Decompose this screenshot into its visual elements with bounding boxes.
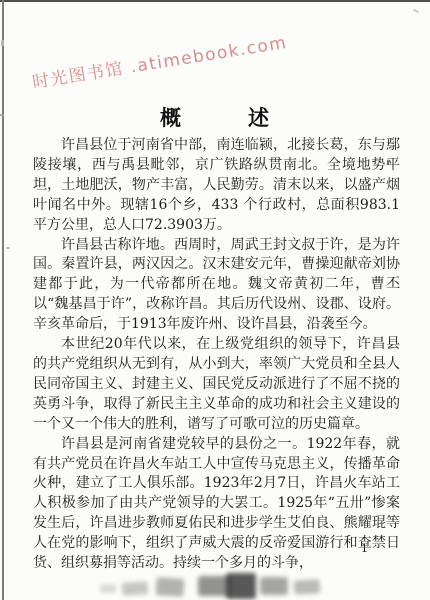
paragraph-1: 许昌县位于河南省中部，南连临颍，北接长葛，东与鄢陵接壤，西与禹县毗邻，京广铁路纵… (33, 136, 400, 236)
library-watermark: 时光图书馆 .atimebook.com (30, 28, 289, 93)
smudge-blob (294, 579, 321, 594)
scanned-book-page: 时光图书馆 .atimebook.com 概 述 许昌县位于河南省中部，南连临颍… (0, 0, 430, 600)
smudge-blob (260, 577, 288, 595)
paragraph-4: 许昌县是河南省建党较早的县份之一。1922年春，就有共产党员在许昌火车站工人中宣… (33, 435, 400, 574)
scan-speck (1, 40, 4, 46)
body-text: 许昌县位于河南省中部，南连临颍，北接长葛，东与鄢陵接壤，西与禹县毗邻，京广铁路纵… (33, 136, 400, 574)
scan-left-edge-line (2, 0, 4, 600)
scan-speck (413, 9, 419, 13)
smudge-blob (100, 584, 116, 593)
scan-top-edge-line (0, 0, 430, 2)
smudge-blob (226, 573, 256, 599)
smudge-blob (122, 581, 149, 596)
page-number: 1 (361, 542, 368, 555)
chapter-title: 概 述 (0, 102, 430, 132)
paragraph-3: 本世纪20年代以来，在上级党组织的领导下，许昌县的共产党组织从无到有，从小到大，… (33, 335, 400, 435)
bleed-through-smudge (100, 572, 335, 600)
paragraph-2: 许昌县古称许地。西周时，周武王封文叔于许，是为许国。秦置许县，两汉因之。汉末建安… (33, 236, 400, 336)
smudge-blob (156, 577, 185, 596)
scan-speck (6, 247, 10, 249)
